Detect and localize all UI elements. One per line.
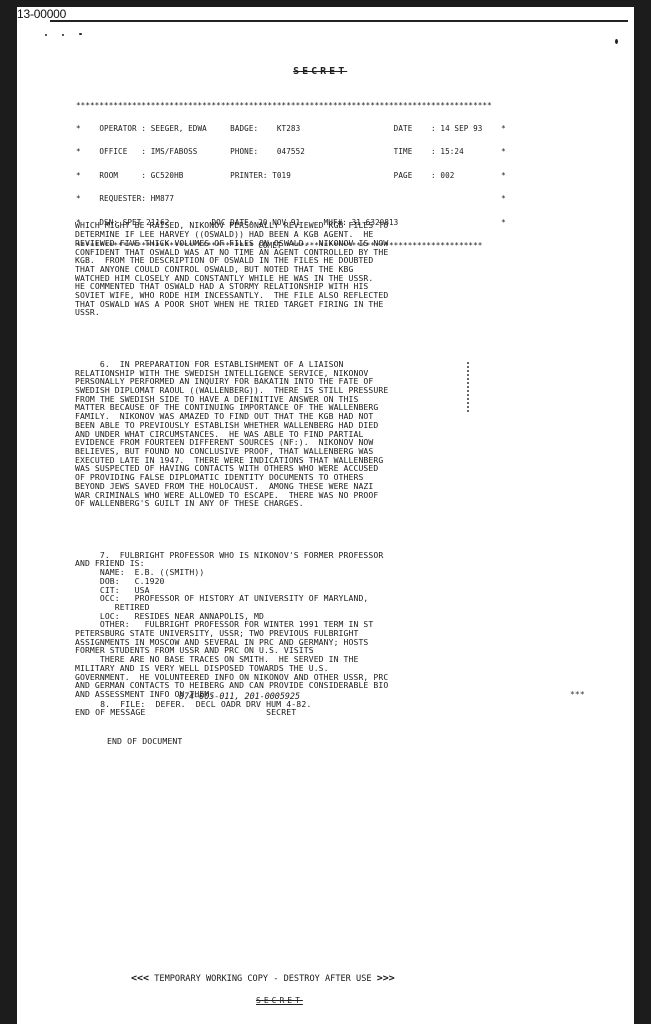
header-line-room: * ROOM : GC520HB PRINTER: T019 PAGE : 00… bbox=[76, 172, 506, 180]
end-of-message: END OF MESSAGE SECRET bbox=[75, 708, 296, 717]
margin-mark bbox=[467, 362, 471, 412]
stars-mark: *** bbox=[570, 691, 585, 700]
document-page: 13-00000 SECRET ************************… bbox=[17, 7, 634, 1024]
scan-speck bbox=[79, 33, 82, 35]
scan-speck bbox=[615, 39, 618, 44]
footer-warning: <<< TEMPORARY WORKING COPY - DESTROY AFT… bbox=[131, 973, 395, 984]
header-star-line-top: ****************************************… bbox=[76, 102, 506, 110]
header-line-office: * OFFICE : IMS/FABOSS PHONE: 047552 TIME… bbox=[76, 148, 506, 156]
top-rule bbox=[50, 20, 628, 22]
footer-right-arrows: >>> bbox=[377, 973, 395, 984]
paragraph-6: 6. IN PREPARATION FOR ESTABLISHMENT OF A… bbox=[75, 360, 388, 508]
paragraph-7: 7. FULBRIGHT PROFESSOR WHO IS NIKONOV'S … bbox=[75, 551, 388, 699]
classification-bottom: SECRET bbox=[256, 997, 303, 1006]
document-id: 13-00000 bbox=[17, 7, 66, 21]
paragraph-5-continued: WHICH MIGHT BE RAISED, NIKONOV PERSONALL… bbox=[75, 221, 388, 317]
header-line-operator: * OPERATOR : SEEGER, EDWA BADGE: KT283 D… bbox=[76, 125, 506, 133]
footer-left-arrows: <<< bbox=[131, 973, 149, 984]
footer-text: TEMPORARY WORKING COPY - DESTROY AFTER U… bbox=[149, 974, 377, 984]
scan-speck bbox=[62, 34, 64, 36]
scan-speck bbox=[45, 34, 47, 36]
message-body: WHICH MIGHT BE RAISED, NIKONOV PERSONALL… bbox=[75, 204, 388, 716]
classification-top-text: SECRET bbox=[293, 66, 347, 77]
classification-top: SECRET bbox=[257, 59, 347, 85]
header-line-requester: * REQUESTER: HM877 * bbox=[76, 195, 506, 203]
end-of-document: END OF DOCUMENT bbox=[107, 737, 182, 746]
